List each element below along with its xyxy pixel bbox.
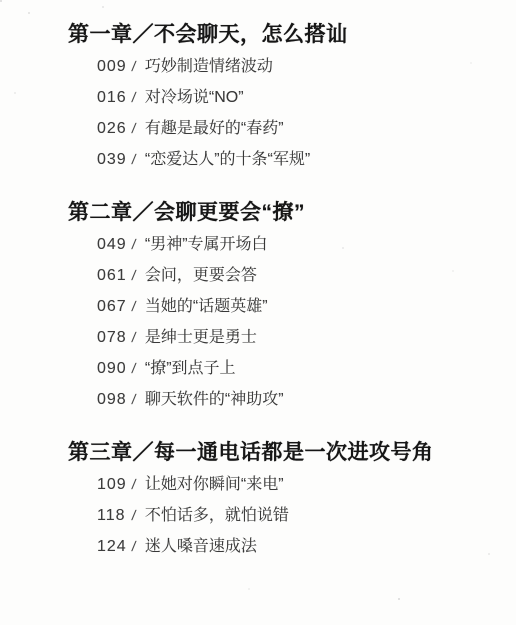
page-number: 078 xyxy=(97,330,130,346)
chapter-items: 049/“男神”专属开场白 061/会问，更要会答 067/当她的“话题英雄” … xyxy=(68,236,516,407)
page-number: 067 xyxy=(97,299,130,315)
entry-title: “男神”专属开场白 xyxy=(145,236,268,253)
slash-separator: / xyxy=(131,151,137,167)
page-number: 039 xyxy=(97,152,130,168)
entry-title: 不怕话多，就怕说错 xyxy=(145,507,289,524)
slash-separator: / xyxy=(131,476,137,492)
chapter-section-2: 第二章／会聊更要会“撩” 049/“男神”专属开场白 061/会问，更要会答 0… xyxy=(68,200,516,407)
chapter-items: 109/让她对你瞬间“来电” 118/不怕话多，就怕说错 124/迷人嗓音速成法 xyxy=(68,476,516,554)
entry-title: 有趣是最好的“春药” xyxy=(145,120,284,137)
page-number: 049 xyxy=(97,237,130,253)
slash-separator: / xyxy=(131,538,137,554)
slash-separator: / xyxy=(131,360,137,376)
slash-separator: / xyxy=(131,507,137,523)
slash-separator: / xyxy=(131,298,137,314)
toc-entry: 090/“撩”到点子上 xyxy=(97,360,516,376)
slash-separator: / xyxy=(131,58,137,74)
entry-title: 对冷场说“NO” xyxy=(145,89,244,106)
slash-separator: / xyxy=(131,391,137,407)
toc-entry: 009/巧妙制造情绪波动 xyxy=(97,58,516,74)
entry-title: “恋爱达人”的十条“军规” xyxy=(145,151,310,168)
scan-noise xyxy=(0,0,2,2)
slash-separator: / xyxy=(131,120,137,136)
toc-entry: 078/是绅士更是勇士 xyxy=(97,329,516,345)
page-number: 098 xyxy=(97,392,130,408)
chapter-separator: ／ xyxy=(133,201,155,224)
toc-entry: 109/让她对你瞬间“来电” xyxy=(97,476,516,492)
toc-entry: 061/会问，更要会答 xyxy=(97,267,516,283)
entry-title: 会问，更要会答 xyxy=(145,267,257,284)
chapter-heading: 第三章／每一通电话都是一次进攻号角 xyxy=(68,440,516,466)
chapter-section-3: 第三章／每一通电话都是一次进攻号角 109/让她对你瞬间“来电” 118/不怕话… xyxy=(68,440,516,554)
page-number: 124 xyxy=(97,539,130,555)
slash-separator: / xyxy=(131,236,137,252)
chapter-section-1: 第一章／不会聊天，怎么搭讪 009/巧妙制造情绪波动 016/对冷场说“NO” … xyxy=(68,22,516,167)
entry-title: 当她的“话题英雄” xyxy=(145,298,268,315)
chapter-separator: ／ xyxy=(133,441,155,464)
chapter-title: 不会聊天，怎么搭讪 xyxy=(154,23,348,46)
entry-title: 让她对你瞬间“来电” xyxy=(145,476,284,493)
page-number: 090 xyxy=(97,361,130,377)
chapter-label: 第三章 xyxy=(68,441,133,464)
chapter-label: 第二章 xyxy=(68,201,133,224)
toc-entry: 016/对冷场说“NO” xyxy=(97,89,516,105)
slash-separator: / xyxy=(131,89,137,105)
chapter-items: 009/巧妙制造情绪波动 016/对冷场说“NO” 026/有趣是最好的“春药”… xyxy=(68,58,516,167)
toc-entry: 118/不怕话多，就怕说错 xyxy=(97,507,516,523)
entry-title: 迷人嗓音速成法 xyxy=(145,538,257,555)
page-number: 061 xyxy=(97,268,130,284)
chapter-title: 每一通电话都是一次进攻号角 xyxy=(154,441,434,464)
page-number: 109 xyxy=(97,477,130,493)
chapter-separator: ／ xyxy=(133,23,155,46)
toc-entry: 039/“恋爱达人”的十条“军规” xyxy=(97,151,516,167)
chapter-title: 会聊更要会“撩” xyxy=(154,201,305,224)
toc-entry: 067/当她的“话题英雄” xyxy=(97,298,516,314)
toc-entry: 124/迷人嗓音速成法 xyxy=(97,538,516,554)
toc-entry: 049/“男神”专属开场白 xyxy=(97,236,516,252)
toc-entry: 026/有趣是最好的“春药” xyxy=(97,120,516,136)
page-number: 016 xyxy=(97,90,130,106)
page-number: 026 xyxy=(97,121,130,137)
entry-title: “撩”到点子上 xyxy=(145,360,236,377)
slash-separator: / xyxy=(131,267,137,283)
slash-separator: / xyxy=(131,329,137,345)
page-number: 009 xyxy=(97,59,130,75)
chapter-heading: 第一章／不会聊天，怎么搭讪 xyxy=(68,22,516,48)
page-number: 118 xyxy=(97,508,130,524)
chapter-heading: 第二章／会聊更要会“撩” xyxy=(68,200,516,226)
entry-title: 是绅士更是勇士 xyxy=(145,329,257,346)
toc-entry: 098/聊天软件的“神助攻” xyxy=(97,391,516,407)
entry-title: 聊天软件的“神助攻” xyxy=(145,391,284,408)
toc-page: 第一章／不会聊天，怎么搭讪 009/巧妙制造情绪波动 016/对冷场说“NO” … xyxy=(0,0,516,625)
entry-title: 巧妙制造情绪波动 xyxy=(145,58,273,75)
chapter-label: 第一章 xyxy=(68,23,133,46)
